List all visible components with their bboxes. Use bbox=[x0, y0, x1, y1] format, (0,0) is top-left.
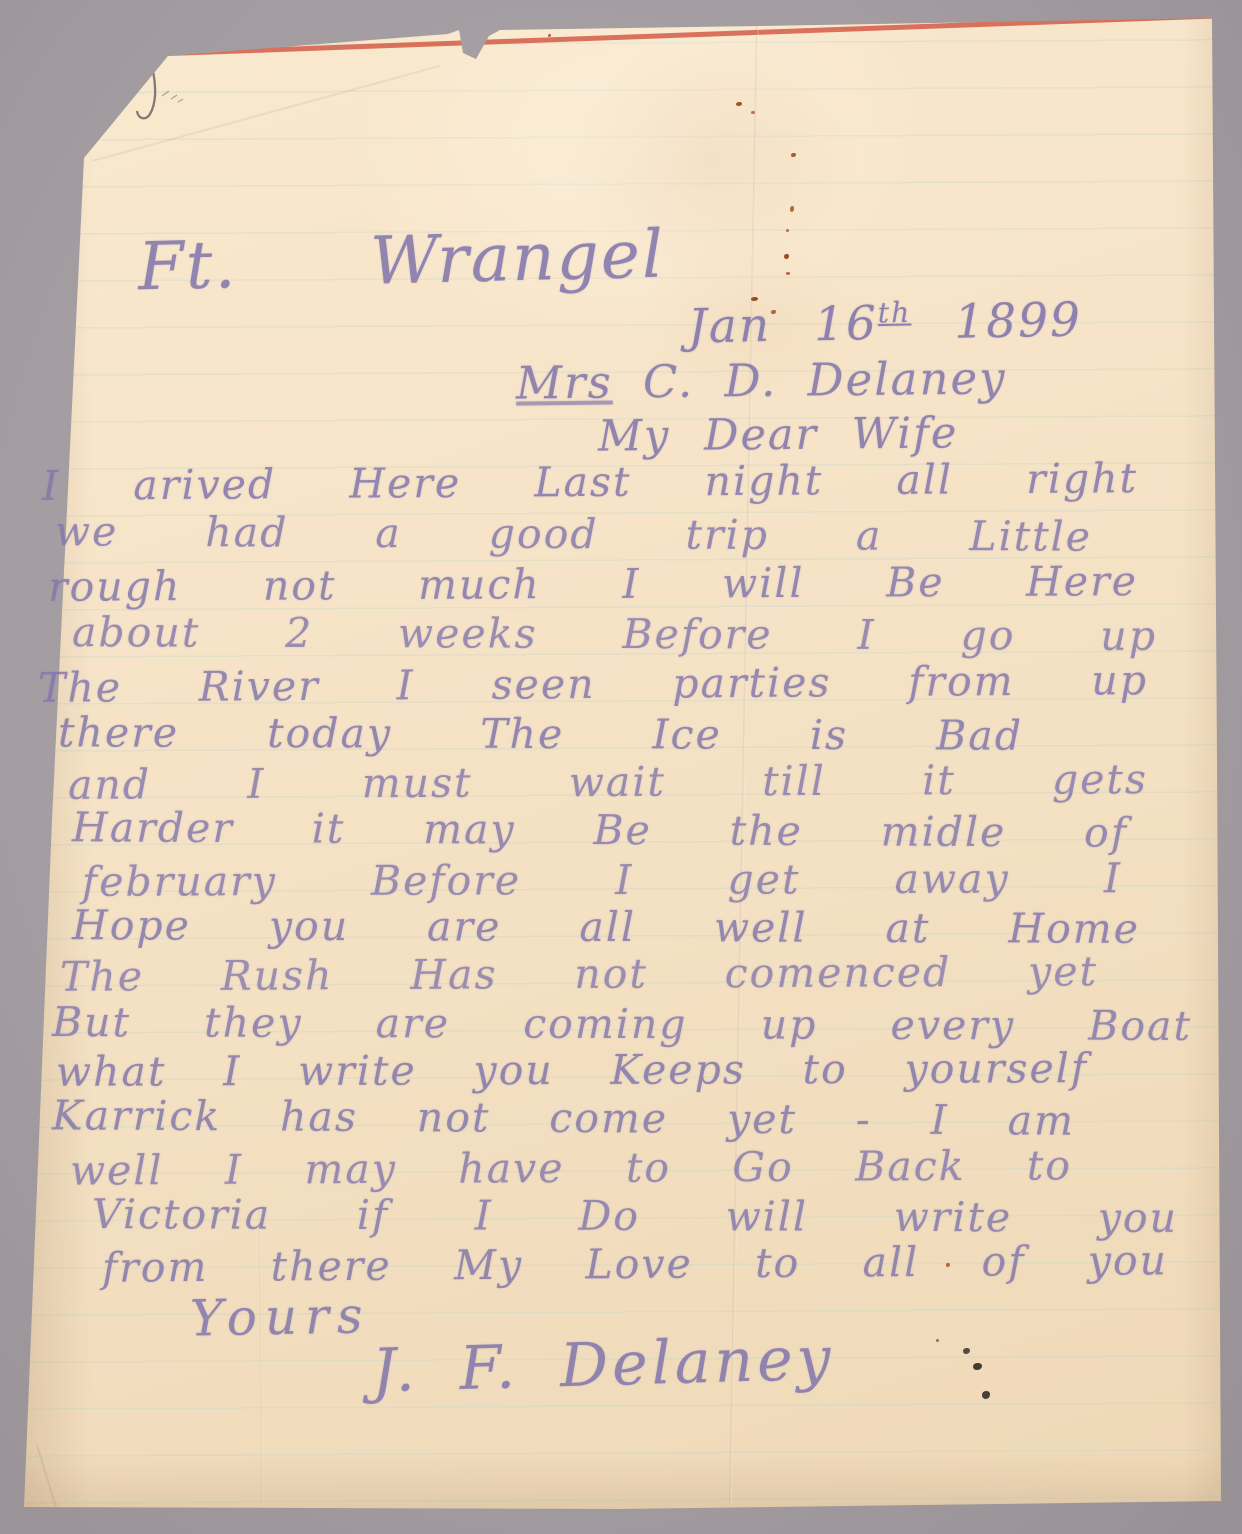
letter-scan: Ft. Wrangel Jan 16th 1899 Mrs C. D. Dela… bbox=[0, 0, 1242, 1534]
ink-speck bbox=[973, 1363, 982, 1370]
signature: J. F. Delaney bbox=[371, 1324, 835, 1407]
ink-speck bbox=[936, 1339, 939, 1342]
recipient-line: Mrs C. D. Delaney bbox=[516, 351, 1007, 409]
body-line: about 2 weeks Before I go up bbox=[72, 608, 1157, 660]
body-line: we had a good trip a Little bbox=[55, 507, 1092, 560]
body-line: The River I seen parties from up bbox=[38, 656, 1148, 712]
date-year: 1899 bbox=[954, 293, 1083, 350]
body-line: february Before I get away I bbox=[82, 854, 1122, 906]
paper-right-edge-shading bbox=[1181, 18, 1221, 1502]
salutation-line: My Dear Wife bbox=[598, 408, 959, 461]
date-day-month: Jan 16 bbox=[688, 296, 879, 354]
ink-speck bbox=[963, 1348, 970, 1354]
body-line: Hope you are all well at Home bbox=[72, 901, 1140, 953]
paper-bottom-edge-shading bbox=[24, 1452, 1221, 1509]
date-line: Jan 16th 1899 bbox=[688, 293, 1083, 355]
pencil-mark bbox=[126, 58, 186, 138]
closing-line: Yours bbox=[190, 1286, 372, 1347]
date-ordinal: th bbox=[877, 296, 911, 330]
body-line: Victoria if I Do will write you bbox=[92, 1190, 1178, 1242]
body-line: from there My Love to all of you bbox=[102, 1236, 1168, 1291]
body-line: The Rush Has not comenced yet bbox=[60, 947, 1098, 1000]
body-line: rough not much I will Be Here bbox=[48, 557, 1138, 611]
ink-speck bbox=[982, 1391, 990, 1399]
body-line: I arived Here Last night all right bbox=[42, 454, 1138, 510]
body-line: well I may have to Go Back to bbox=[70, 1141, 1072, 1194]
body-line: there today The Ice is Bad bbox=[58, 708, 1023, 759]
body-line: Harder it may Be the midle of bbox=[72, 803, 1128, 857]
body-line: and I must wait till it gets bbox=[68, 755, 1148, 809]
recipient-name: C. D. Delaney bbox=[643, 351, 1007, 408]
place-line: Ft. Wrangel bbox=[137, 216, 666, 306]
body-line: what I write you Keeps to yourself bbox=[56, 1044, 1088, 1096]
body-line: But they are coming up every Boat bbox=[52, 998, 1192, 1050]
recipient-title: Mrs bbox=[516, 356, 613, 410]
body-line: Karrick has not come yet - I am bbox=[52, 1091, 1075, 1144]
